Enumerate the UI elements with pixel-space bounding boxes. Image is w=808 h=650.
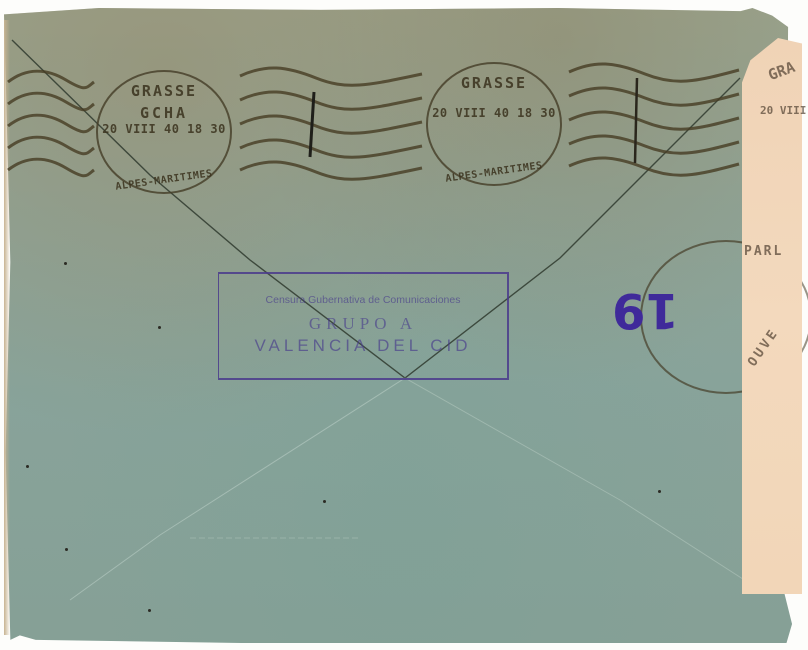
strip-fragment-date: 20 VIII: [760, 104, 806, 117]
postmark-time-value: 18 30: [187, 122, 226, 136]
censorship-cachet: Censura Gubernativa de Comunicaciones GR…: [218, 272, 509, 380]
postmark-date: 20 VIII 40 18 30: [428, 106, 560, 120]
postmark-date-value: 20 VIII 40: [102, 122, 179, 136]
postmark-grasse-1: GRASSE GCHA 20 VIII 40 18 30 ALPES-MARIT…: [96, 70, 232, 194]
censor-strip: [742, 38, 802, 594]
postmark-date-value: 20 VIII 40: [432, 106, 509, 120]
postmark-town: GRASSE: [428, 74, 560, 92]
postmark-office: GCHA: [98, 104, 230, 122]
strip-fragment-parl: PARL: [744, 244, 783, 259]
postmark-town: GRASSE: [98, 82, 230, 100]
wavy-cancel-right: [565, 58, 745, 178]
cachet-authority: Censura Gubernativa de Comunicaciones: [219, 294, 507, 306]
censor-number: 19: [612, 286, 679, 334]
cachet-group: GRUPO A: [219, 314, 507, 334]
wavy-cancel-left: [6, 68, 96, 188]
postmark-date: 20 VIII 40 18 30: [98, 122, 230, 136]
wavy-cancel-center: [236, 62, 426, 182]
cachet-city: VALENCIA DEL CID: [219, 336, 507, 356]
postmark-time-value: 18 30: [517, 106, 556, 120]
postmark-grasse-2: GRASSE 20 VIII 40 18 30 ALPES-MARITIMES: [426, 62, 562, 186]
